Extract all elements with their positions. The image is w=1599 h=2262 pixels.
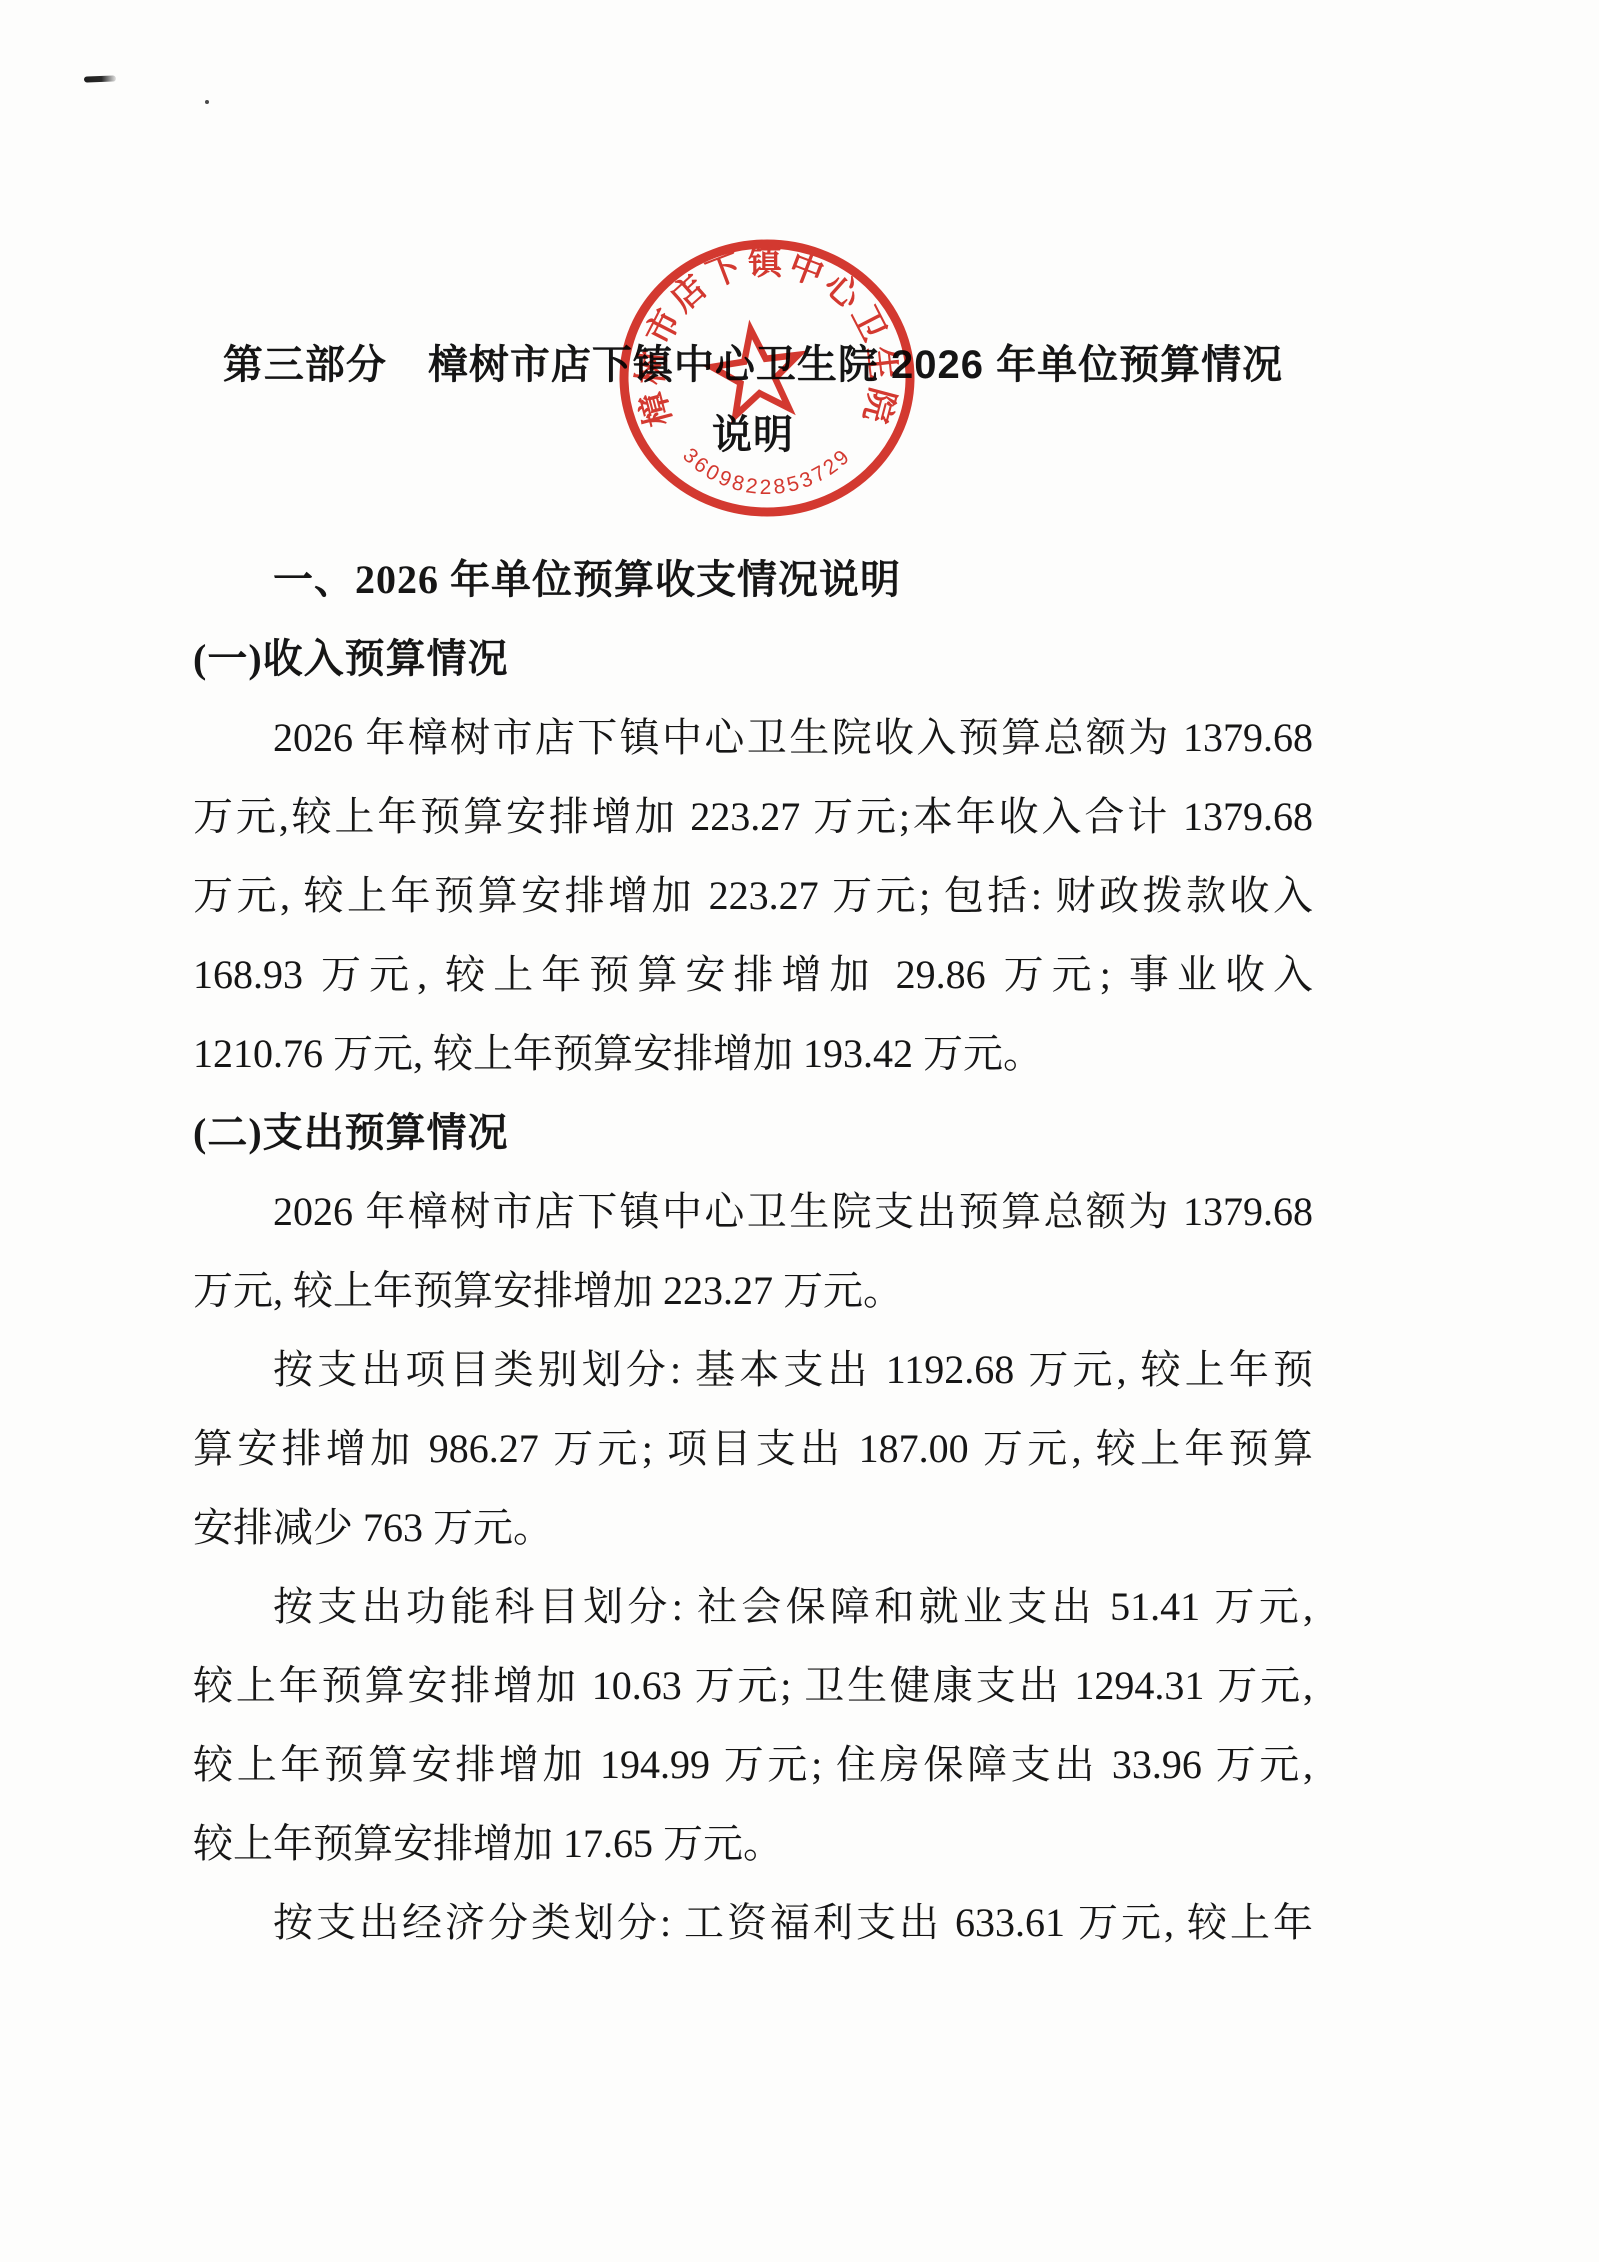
body-text: 一、2026 年单位预算收支情况说明(一)收入预算情况2026 年樟树市店下镇中… bbox=[193, 540, 1313, 1962]
seal-arc-text-holder: 樟树市店下镇中心卫生院 bbox=[632, 243, 903, 431]
text-line: 较上年预算安排增加 10.63 万元; 卫生健康支出 1294.31 万元, bbox=[193, 1646, 1313, 1725]
text-line: 168.93 万元, 较上年预算安排增加 29.86 万元; 事业收入 bbox=[193, 935, 1313, 1014]
text-line: 万元, 较上年预算安排增加 223.27 万元; 包括: 财政拨款收入 bbox=[193, 856, 1313, 935]
text-line: 按支出项目类别划分: 基本支出 1192.68 万元, 较上年预 bbox=[193, 1330, 1313, 1409]
scan-artifact-dot bbox=[205, 100, 209, 104]
text-line: 1210.76 万元, 较上年预算安排增加 193.42 万元。 bbox=[193, 1014, 1313, 1093]
text-line: 算安排增加 986.27 万元; 项目支出 187.00 万元, 较上年预算 bbox=[193, 1409, 1313, 1488]
seal-serial-number: 3609822853729 bbox=[678, 444, 856, 499]
seal-star-icon bbox=[707, 323, 805, 418]
official-seal: 樟树市店下镇中心卫生院 3609822853729 bbox=[615, 236, 915, 518]
seal-number-holder: 3609822853729 bbox=[678, 444, 856, 499]
text-line: 万元, 较上年预算安排增加 223.27 万元。 bbox=[193, 1251, 1313, 1330]
text-line: 较上年预算安排增加 17.65 万元。 bbox=[193, 1804, 1313, 1883]
text-line: 2026 年樟树市店下镇中心卫生院支出预算总额为 1379.68 bbox=[193, 1172, 1313, 1251]
text-line: 按支出经济分类划分: 工资福利支出 633.61 万元, 较上年 bbox=[193, 1883, 1313, 1962]
seal-arc-text: 樟树市店下镇中心卫生院 bbox=[632, 243, 903, 431]
text-line: 较上年预算安排增加 194.99 万元; 住房保障支出 33.96 万元, bbox=[193, 1725, 1313, 1804]
scan-artifact-dash bbox=[84, 75, 116, 82]
document-page: 第三部分 樟树市店下镇中心卫生院 2026 年单位预算情况 说明 樟树市店下镇中… bbox=[0, 0, 1599, 2262]
official-seal-graphic: 樟树市店下镇中心卫生院 3609822853729 bbox=[615, 236, 915, 518]
section-heading: 一、2026 年单位预算收支情况说明 bbox=[193, 540, 1313, 619]
text-line: 万元,较上年预算安排增加 223.27 万元;本年收入合计 1379.68 bbox=[193, 777, 1313, 856]
text-line: 按支出功能科目划分: 社会保障和就业支出 51.41 万元, bbox=[193, 1567, 1313, 1646]
text-line: 安排减少 763 万元。 bbox=[193, 1488, 1313, 1567]
section-heading: (二)支出预算情况 bbox=[193, 1093, 1313, 1172]
section-heading: (一)收入预算情况 bbox=[193, 619, 1313, 698]
text-line: 2026 年樟树市店下镇中心卫生院收入预算总额为 1379.68 bbox=[193, 698, 1313, 777]
